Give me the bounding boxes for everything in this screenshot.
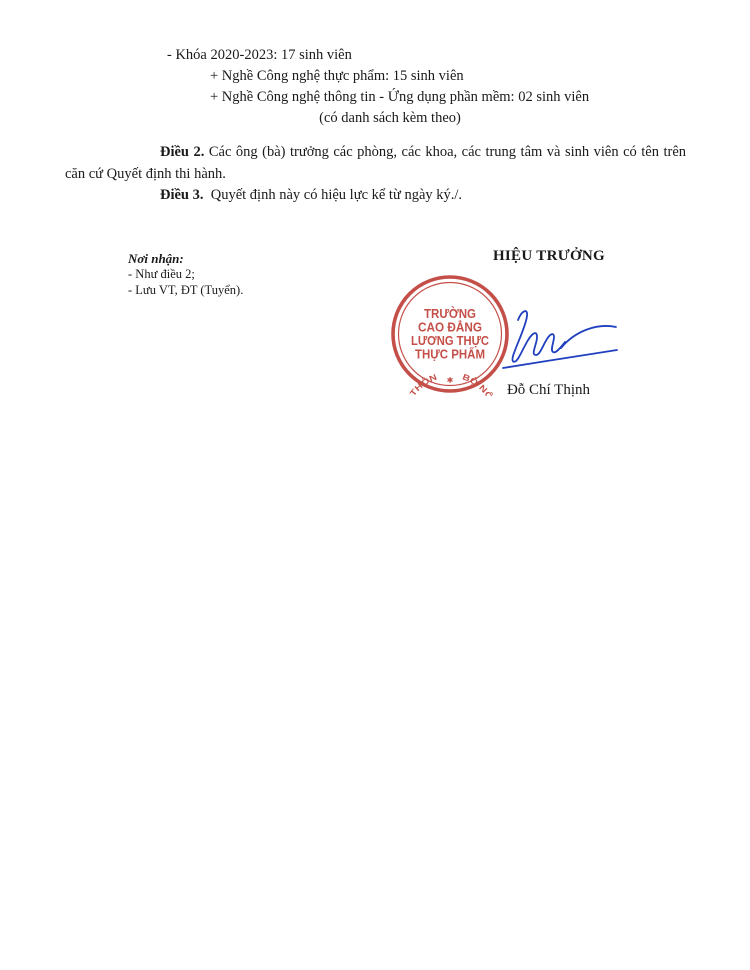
stamp-center-line: THỰC PHẨM xyxy=(415,347,485,362)
recipient-item: - Như điều 2; xyxy=(128,267,243,283)
signer-name: Đỗ Chí Thịnh xyxy=(461,382,636,399)
list-line-cohort: - Khóa 2020-2023: 17 sinh viên xyxy=(167,45,352,66)
signature-ink xyxy=(485,298,620,380)
document-page: - Khóa 2020-2023: 17 sinh viên + Nghề Cô… xyxy=(0,0,750,970)
stamp-center-line: CAO ĐẲNG xyxy=(418,320,482,335)
recipients-block: Nơi nhận: - Như điều 2; - Lưu VT, ĐT (Tu… xyxy=(128,251,243,298)
recipients-title: Nơi nhận: xyxy=(128,251,243,267)
star-icon: ✱ xyxy=(446,375,453,384)
signature-loops xyxy=(512,311,565,362)
article-2-label: Điều 2. xyxy=(160,144,204,160)
stamp-center-line: LƯƠNG THỰC xyxy=(411,334,489,348)
signature-underline xyxy=(503,350,617,368)
article-2-paragraph: Điều 2. Các ông (bà) trưởng các phòng, c… xyxy=(65,142,686,185)
recipient-item: - Lưu VT, ĐT (Tuyển). xyxy=(128,283,243,299)
list-line-attachment-note: (có danh sách kèm theo) xyxy=(240,108,540,129)
article-3-text: Quyết định này có hiệu lực kể từ ngày ký… xyxy=(211,187,462,203)
article-3-paragraph: Điều 3. Quyết định này có hiệu lực kể từ… xyxy=(65,185,686,207)
article-2-text: Các ông (bà) trưởng các phòng, các khoa,… xyxy=(65,144,686,182)
signature-sweep xyxy=(561,326,616,348)
stamp-center-line: TRƯỜNG xyxy=(424,306,476,321)
article-3-label: Điều 3. xyxy=(160,187,204,203)
signer-title: HIỆU TRƯỞNG xyxy=(459,248,639,265)
articles-section: Điều 2. Các ông (bà) trưởng các phòng, c… xyxy=(65,142,686,207)
list-line-food-tech: + Nghề Công nghệ thực phẩm: 15 sinh viên xyxy=(210,66,464,87)
list-line-it: + Nghề Công nghệ thông tin - Ứng dụng ph… xyxy=(210,87,589,108)
